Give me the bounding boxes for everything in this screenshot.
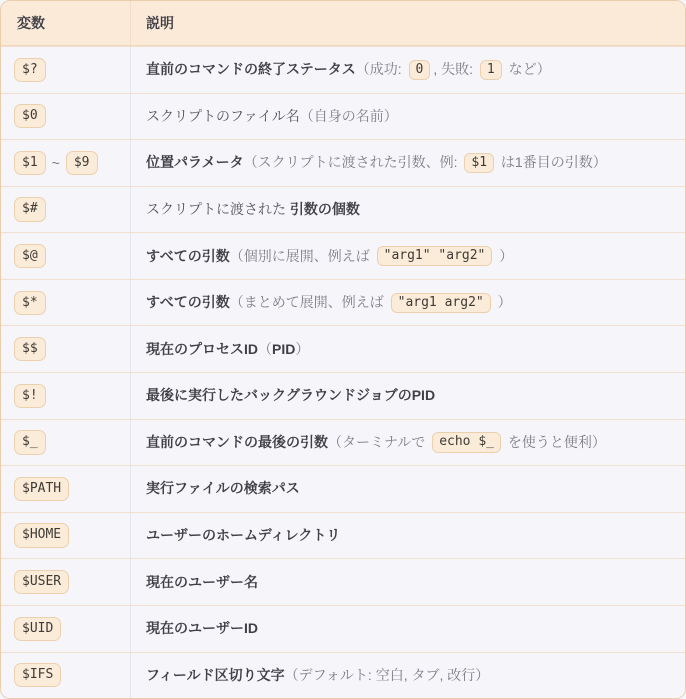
variable-badge: $# [14,197,46,221]
table-row: $0スクリプトのファイル名（自身の名前） [1,93,685,140]
variable-cell: $$ [1,326,131,372]
variable-badge: $! [14,384,46,408]
description-text: （ [258,339,272,360]
inline-code: echo $_ [432,432,501,452]
description-text: 直前のコマンドの終了ステータス [146,59,356,80]
variable-badge: $@ [14,244,46,268]
description-text: すべての引数 [146,246,230,267]
description-text: スクリプトに渡された [146,199,290,220]
inline-code: $1 [464,153,494,173]
description-cell: 現在のユーザー名 [131,572,685,593]
shell-variables-table: 変数 説明 $?直前のコマンドの終了ステータス（成功: 0, 失敗: 1 など）… [0,0,686,699]
description-cell: 位置パラメータ（スクリプトに渡された引数、例: $1 は1番目の引数） [131,152,685,173]
description-cell: フィールド区切り文字（デフォルト: 空白, タブ, 改行） [131,665,685,686]
table-row: $USER現在のユーザー名 [1,558,685,605]
variable-cell: $! [1,373,131,419]
variable-cell: $USER [1,559,131,605]
table-row: $IFSフィールド区切り文字（デフォルト: 空白, タブ, 改行） [1,652,685,699]
table-header-row: 変数 説明 [1,1,685,46]
table-row: $?直前のコマンドの終了ステータス（成功: 0, 失敗: 1 など） [1,46,685,93]
table-row: $_直前のコマンドの最後の引数（ターミナルで echo $_ を使うと便利） [1,419,685,466]
variable-badge: $UID [14,617,61,641]
table-row: $#スクリプトに渡された 引数の個数 [1,186,685,233]
description-cell: 直前のコマンドの最後の引数（ターミナルで echo $_ を使うと便利） [131,432,685,453]
description-text: 最後に実行したバックグラウンドジョブのPID [146,385,435,406]
variable-badge: $1 [14,151,46,175]
description-text: など） [505,59,551,80]
description-text: すべての引数 [146,292,230,313]
description-text: フィールド区切り文字 [146,665,285,686]
description-cell: 現在のプロセスID（PID） [131,339,685,360]
description-cell: すべての引数（まとめて展開、例えば "arg1 arg2" ） [131,292,685,313]
variable-cell: $@ [1,233,131,279]
inline-code: 1 [480,60,502,80]
variable-badge: $HOME [14,523,69,547]
description-text: （自身の名前） [300,106,398,127]
description-text: 実行ファイルの検索パス [146,478,300,499]
description-text: は1番目の引数） [497,152,607,173]
header-cell-variable: 変数 [1,1,131,45]
description-text: , 失敗: [433,59,477,80]
table-row: $PATH実行ファイルの検索パス [1,465,685,512]
description-text: 位置パラメータ [146,152,244,173]
description-text: （デフォルト: 空白, タブ, 改行） [285,665,490,686]
variable-cell: $_ [1,420,131,466]
variable-cell: $# [1,187,131,233]
description-text: スクリプトのファイル名 [146,106,300,127]
variable-badge: $$ [14,337,46,361]
header-cell-description: 説明 [131,13,685,34]
description-text: 直前のコマンドの最後の引数 [146,432,328,453]
description-text: ） [495,246,513,267]
description-text: 引数の個数 [290,199,360,220]
variable-badge: $? [14,58,46,82]
variable-cell: $PATH [1,466,131,512]
variable-cell: $0 [1,94,131,140]
description-cell: 最後に実行したバックグラウンドジョブのPID [131,385,685,406]
table-row: $UID現在のユーザーID [1,605,685,652]
variable-badge: $USER [14,570,69,594]
inline-code: 0 [409,60,431,80]
description-text: ） [295,339,309,360]
variable-badge: $9 [66,151,98,175]
description-text: （成功: [356,59,406,80]
variable-cell: $* [1,280,131,326]
header-label-description: 説明 [146,13,174,34]
description-cell: 現在のユーザーID [131,618,685,639]
variable-badge: $_ [14,430,46,454]
table-row: $1~$9位置パラメータ（スクリプトに渡された引数、例: $1 は1番目の引数） [1,139,685,186]
variable-badge: $PATH [14,477,69,501]
description-cell: 直前のコマンドの終了ステータス（成功: 0, 失敗: 1 など） [131,59,685,80]
table-row: $$現在のプロセスID（PID） [1,325,685,372]
variable-cell: $IFS [1,653,131,699]
table-row: $@すべての引数（個別に展開、例えば "arg1" "arg2" ） [1,232,685,279]
description-text: を使うと便利） [504,432,606,453]
description-cell: ユーザーのホームディレクトリ [131,525,685,546]
table-row: $*すべての引数（まとめて展開、例えば "arg1 arg2" ） [1,279,685,326]
inline-code: "arg1 arg2" [391,293,491,313]
description-cell: スクリプトのファイル名（自身の名前） [131,106,685,127]
description-text: （まとめて展開、例えば [230,292,388,313]
description-text: （スクリプトに渡された引数、例: [244,152,462,173]
variable-badge: $* [14,291,46,315]
variable-cell: $? [1,47,131,93]
description-text: （ターミナルで [328,432,429,453]
header-label-variable: 変数 [17,13,45,33]
badge-range-separator: ~ [52,155,60,171]
description-text: 現在のユーザー名 [146,572,258,593]
variable-cell: $UID [1,606,131,652]
variable-cell: $HOME [1,513,131,559]
table-row: $!最後に実行したバックグラウンドジョブのPID [1,372,685,419]
description-text: 現在のプロセスID [146,339,258,360]
description-text: ユーザーのホームディレクトリ [146,525,340,546]
variable-badge: $0 [14,104,46,128]
inline-code: "arg1" "arg2" [377,246,493,266]
description-text: （個別に展開、例えば [230,246,374,267]
variable-badge: $IFS [14,663,61,687]
description-text: 現在のユーザーID [146,618,258,639]
description-cell: 実行ファイルの検索パス [131,478,685,499]
description-text: PID [272,339,295,360]
variable-cell: $1~$9 [1,140,131,186]
description-text: ） [494,292,512,313]
description-cell: すべての引数（個別に展開、例えば "arg1" "arg2" ） [131,246,685,267]
table-row: $HOMEユーザーのホームディレクトリ [1,512,685,559]
description-cell: スクリプトに渡された 引数の個数 [131,199,685,220]
